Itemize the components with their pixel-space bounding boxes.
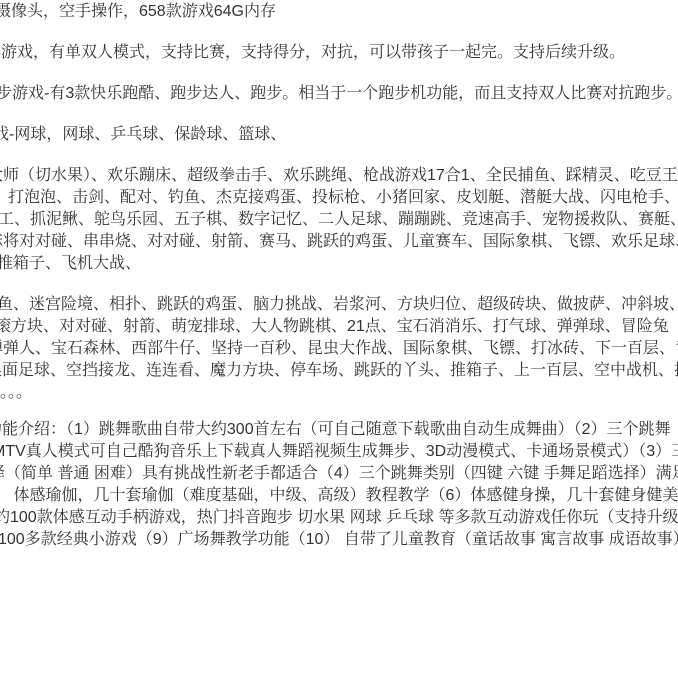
text-line: 。。。 [0, 382, 678, 404]
text-line: 桌面足球、空挡接龙、连连看、魔力方块、停车场、跳跃的丫头、推箱子、上一百层、空中… [0, 360, 678, 382]
text-line: 大师（切水果）、欢乐蹦床、超级拳击手、欢乐跳绳、枪战游戏17合1、全民捕鱼、踩精… [0, 165, 678, 187]
text-line: 约100款体感互动手柄游戏，热门抖音跑步 切水果 网球 乒乓球 等多款互动游戏任… [0, 507, 678, 529]
paragraph-ball-games: 戏-网球，网球、乒乓球、保龄球、篮球、 [0, 124, 678, 146]
text-line: 麻将对对碰、串串烧、对对碰、射箭、赛马、跳跃的鸡蛋、儿童赛车、国际象棋、飞镖、欢… [0, 231, 678, 253]
text-line: 摄像头，空手操作，658款游戏64G内存 [0, 1, 678, 23]
paragraph-running-games: 步游戏-有3款快乐跑酷、跑步达人、跑步。相当于一个跑步机功能，而且支持双人比赛对… [0, 83, 678, 105]
text-line: ） 体感瑜伽，几十套瑜伽（难度基础，中级、高级）教程教学（6）体感健身操，几十套… [0, 485, 678, 507]
text-line: 推箱子、飞机大战、 [0, 253, 678, 275]
text-line: 工、抓泥鳅、鸵鸟乐园、五子棋、数字记忆、二人足球、蹦蹦跳、竞速高手、宠物援救队、… [0, 209, 678, 231]
paragraph-game-modes: 感游戏，有单双人模式，支持比赛，支持得分，对抗，可以带孩子一起完。支持后续升级。 [0, 42, 678, 64]
text-line: 、打泡泡、击剑、配对、钓鱼、杰克接鸡蛋、投标枪、小猪回家、皮划艇、潜艇大战、闪电… [0, 187, 678, 209]
paragraph-camera-memory: 摄像头，空手操作，658款游戏64G内存 [0, 1, 678, 23]
text-line: 鱼、迷宫险境、相扑、跳跃的鸡蛋、脑力挑战、岩浆河、方块归位、超级砖块、做披萨、冲… [0, 294, 678, 316]
text-line: 弹弹人、宝石森林、西部牛仔、坚持一百秒、昆虫大作战、国际象棋、飞镖、打冰砖、下一… [0, 338, 678, 360]
text-line: 步游戏-有3款快乐跑酷、跑步达人、跑步。相当于一个跑步机功能，而且支持双人比赛对… [0, 83, 678, 105]
text-line: 100多款经典小游戏（9）广场舞教学功能（10） 自带了儿童教育（童话故事 寓言… [0, 529, 678, 551]
text-line: 功能介绍：（1）跳舞歌曲自带大约300首左右（可自己随意下载歌曲自动生成舞曲）（… [0, 419, 678, 441]
text-line: 滚方块、对对碰、射箭、萌宠排球、大人物跳棋、21点、宝石消消乐、打气球、弹弹球、… [0, 316, 678, 338]
text-line: 择（简单 普通 困难）具有挑战性新老手都适合（4）三个跳舞类别（四键 六键 手舞… [0, 463, 678, 485]
paragraph-game-list-2: 鱼、迷宫险境、相扑、跳跃的鸡蛋、脑力挑战、岩浆河、方块归位、超级砖块、做披萨、冲… [0, 294, 678, 404]
product-description-text: 摄像头，空手操作，658款游戏64G内存 感游戏，有单双人模式，支持比赛，支持得… [0, 1, 678, 678]
paragraph-feature-intro: 功能介绍：（1）跳舞歌曲自带大约300首左右（可自己随意下载歌曲自动生成舞曲）（… [0, 419, 678, 551]
text-line: MTV真人模式可自己酷狗音乐上下载真人舞蹈视频生成舞步、3D动漫模式、卡通场景模… [0, 441, 678, 463]
text-line: 感游戏，有单双人模式，支持比赛，支持得分，对抗，可以带孩子一起完。支持后续升级。 [0, 42, 678, 64]
paragraph-game-list-1: 大师（切水果）、欢乐蹦床、超级拳击手、欢乐跳绳、枪战游戏17合1、全民捕鱼、踩精… [0, 165, 678, 275]
text-line: 戏-网球，网球、乒乓球、保龄球、篮球、 [0, 124, 678, 146]
